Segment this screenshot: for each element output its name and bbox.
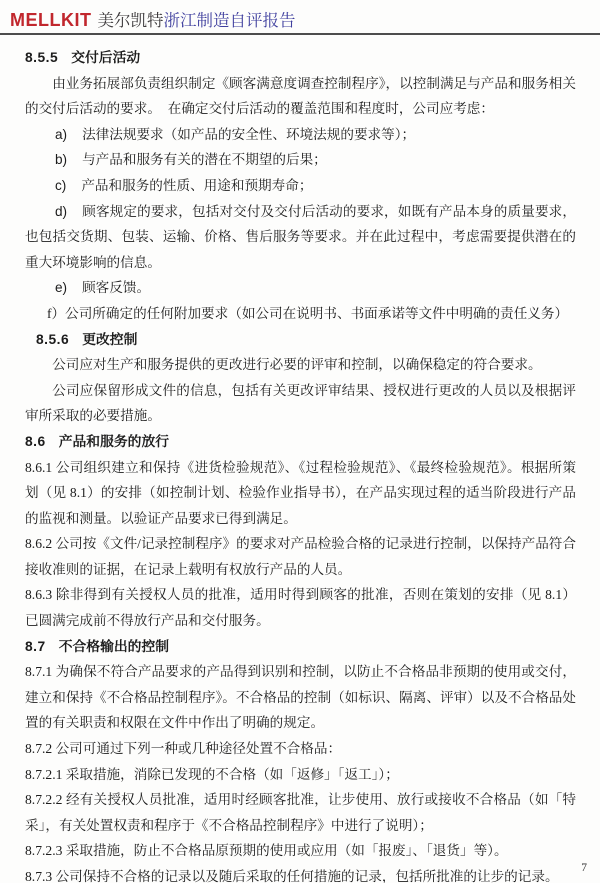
paragraph-8-5-6-1: 公司应对生产和服务提供的更改进行必要的评审和控制，以确保稳定的符合要求。 bbox=[25, 352, 576, 378]
paragraph-8-5-5-intro: 由业务拓展部负责组织制定《顾客满意度调查控制程序》，以控制满足与产品和服务相关的… bbox=[25, 71, 576, 122]
heading-8-5-6: 8.5.6更改控制 bbox=[25, 327, 576, 353]
list-marker: e) bbox=[55, 280, 67, 295]
list-text: 法律法规要求（如产品的安全性、环境法规的要求等）； bbox=[82, 127, 415, 142]
paragraph-8-6-2: 8.6.2 公司按《文件/记录控制程序》的要求对产品检验合格的记录进行控制，以保… bbox=[25, 531, 576, 582]
paragraph-8-7-3: 8.7.3 公司保持不合格的记录以及随后采取的任何措施的记录，包括所批准的让步的… bbox=[25, 864, 576, 883]
list-text: 产品和服务的性质、用途和预期寿命； bbox=[81, 178, 312, 193]
list-item-e: e)顾客反馈。 bbox=[25, 275, 576, 301]
list-item-f: f）公司所确定的任何附加要求（如公司在说明书、书面承诺等文件中明确的责任义务） bbox=[25, 301, 576, 327]
page-number: 7 bbox=[581, 862, 587, 874]
paragraph-8-7-1: 8.7.1 为确保不符合产品要求的产品得到识别和控制，以防止不合格品非预期的使用… bbox=[25, 659, 576, 736]
heading-title: 更改控制 bbox=[82, 332, 137, 347]
list-text: 与产品和服务有关的潜在不期望的后果； bbox=[82, 152, 327, 167]
paragraph-8-7-2-1: 8.7.2.1 采取措施，消除已发现的不合格（如「返修」「返工」）； bbox=[25, 762, 576, 788]
heading-number: 8.7 bbox=[25, 639, 46, 654]
brand-logo-text: MELLKIT bbox=[10, 10, 92, 30]
document-body: 8.5.5交付后活动 由业务拓展部负责组织制定《顾客满意度调查控制程序》，以控制… bbox=[0, 35, 600, 883]
document-page: MELLKIT美尔凯特浙江制造自评报告 8.5.5交付后活动 由业务拓展部负责组… bbox=[0, 0, 600, 883]
heading-8-5-5: 8.5.5交付后活动 bbox=[25, 45, 576, 71]
list-item-a: a)法律法规要求（如产品的安全性、环境法规的要求等）； bbox=[25, 122, 576, 148]
paragraph-8-7-2-2: 8.7.2.2 经有关授权人员批准，适用时经顾客批准，让步使用、放行或接收不合格… bbox=[25, 787, 576, 838]
list-marker: c) bbox=[55, 178, 66, 193]
list-text: 顾客规定的要求，包括对交付及交付后活动的要求，如既有产品本身的质量要求，也包括交… bbox=[25, 204, 576, 270]
list-marker: d) bbox=[55, 204, 67, 219]
heading-number: 8.6 bbox=[25, 434, 46, 449]
page-header: MELLKIT美尔凯特浙江制造自评报告 bbox=[0, 0, 600, 35]
paragraph-8-7-2: 8.7.2 公司可通过下列一种或几种途径处置不合格品： bbox=[25, 736, 576, 762]
list-item-c: c)产品和服务的性质、用途和预期寿命； bbox=[25, 173, 576, 199]
header-company-name: 美尔凯特 bbox=[98, 11, 164, 30]
paragraph-8-6-1: 8.6.1 公司组织建立和保持《进货检验规范》、《过程检验规范》、《最终检验规范… bbox=[25, 455, 576, 532]
list-item-d: d)顾客规定的要求，包括对交付及交付后活动的要求，如既有产品本身的质量要求，也包… bbox=[25, 199, 576, 276]
heading-title: 不合格输出的控制 bbox=[59, 639, 169, 654]
list-marker: a) bbox=[55, 127, 67, 142]
heading-8-6: 8.6产品和服务的放行 bbox=[25, 429, 576, 455]
heading-title: 交付后活动 bbox=[71, 50, 140, 65]
list-item-b: b)与产品和服务有关的潜在不期望的后果； bbox=[25, 147, 576, 173]
heading-number: 8.5.6 bbox=[36, 332, 69, 347]
paragraph-8-6-3: 8.6.3 除非得到有关授权人员的批准，适用时得到顾客的批准，否则在策划的安排（… bbox=[25, 582, 576, 633]
heading-number: 8.5.5 bbox=[25, 50, 58, 65]
list-text: 顾客反馈。 bbox=[82, 280, 150, 295]
heading-8-7: 8.7不合格输出的控制 bbox=[25, 634, 576, 660]
heading-title: 产品和服务的放行 bbox=[59, 434, 169, 449]
paragraph-8-7-2-3: 8.7.2.3 采取措施，防止不合格品原预期的使用或应用（如「报废」、「退货」等… bbox=[25, 838, 576, 864]
list-marker: b) bbox=[55, 152, 67, 167]
paragraph-8-5-6-2: 公司应保留形成文件的信息，包括有关更改评审结果、授权进行更改的人员以及根据评审所… bbox=[25, 378, 576, 429]
header-report-title: 浙江制造自评报告 bbox=[164, 11, 296, 30]
